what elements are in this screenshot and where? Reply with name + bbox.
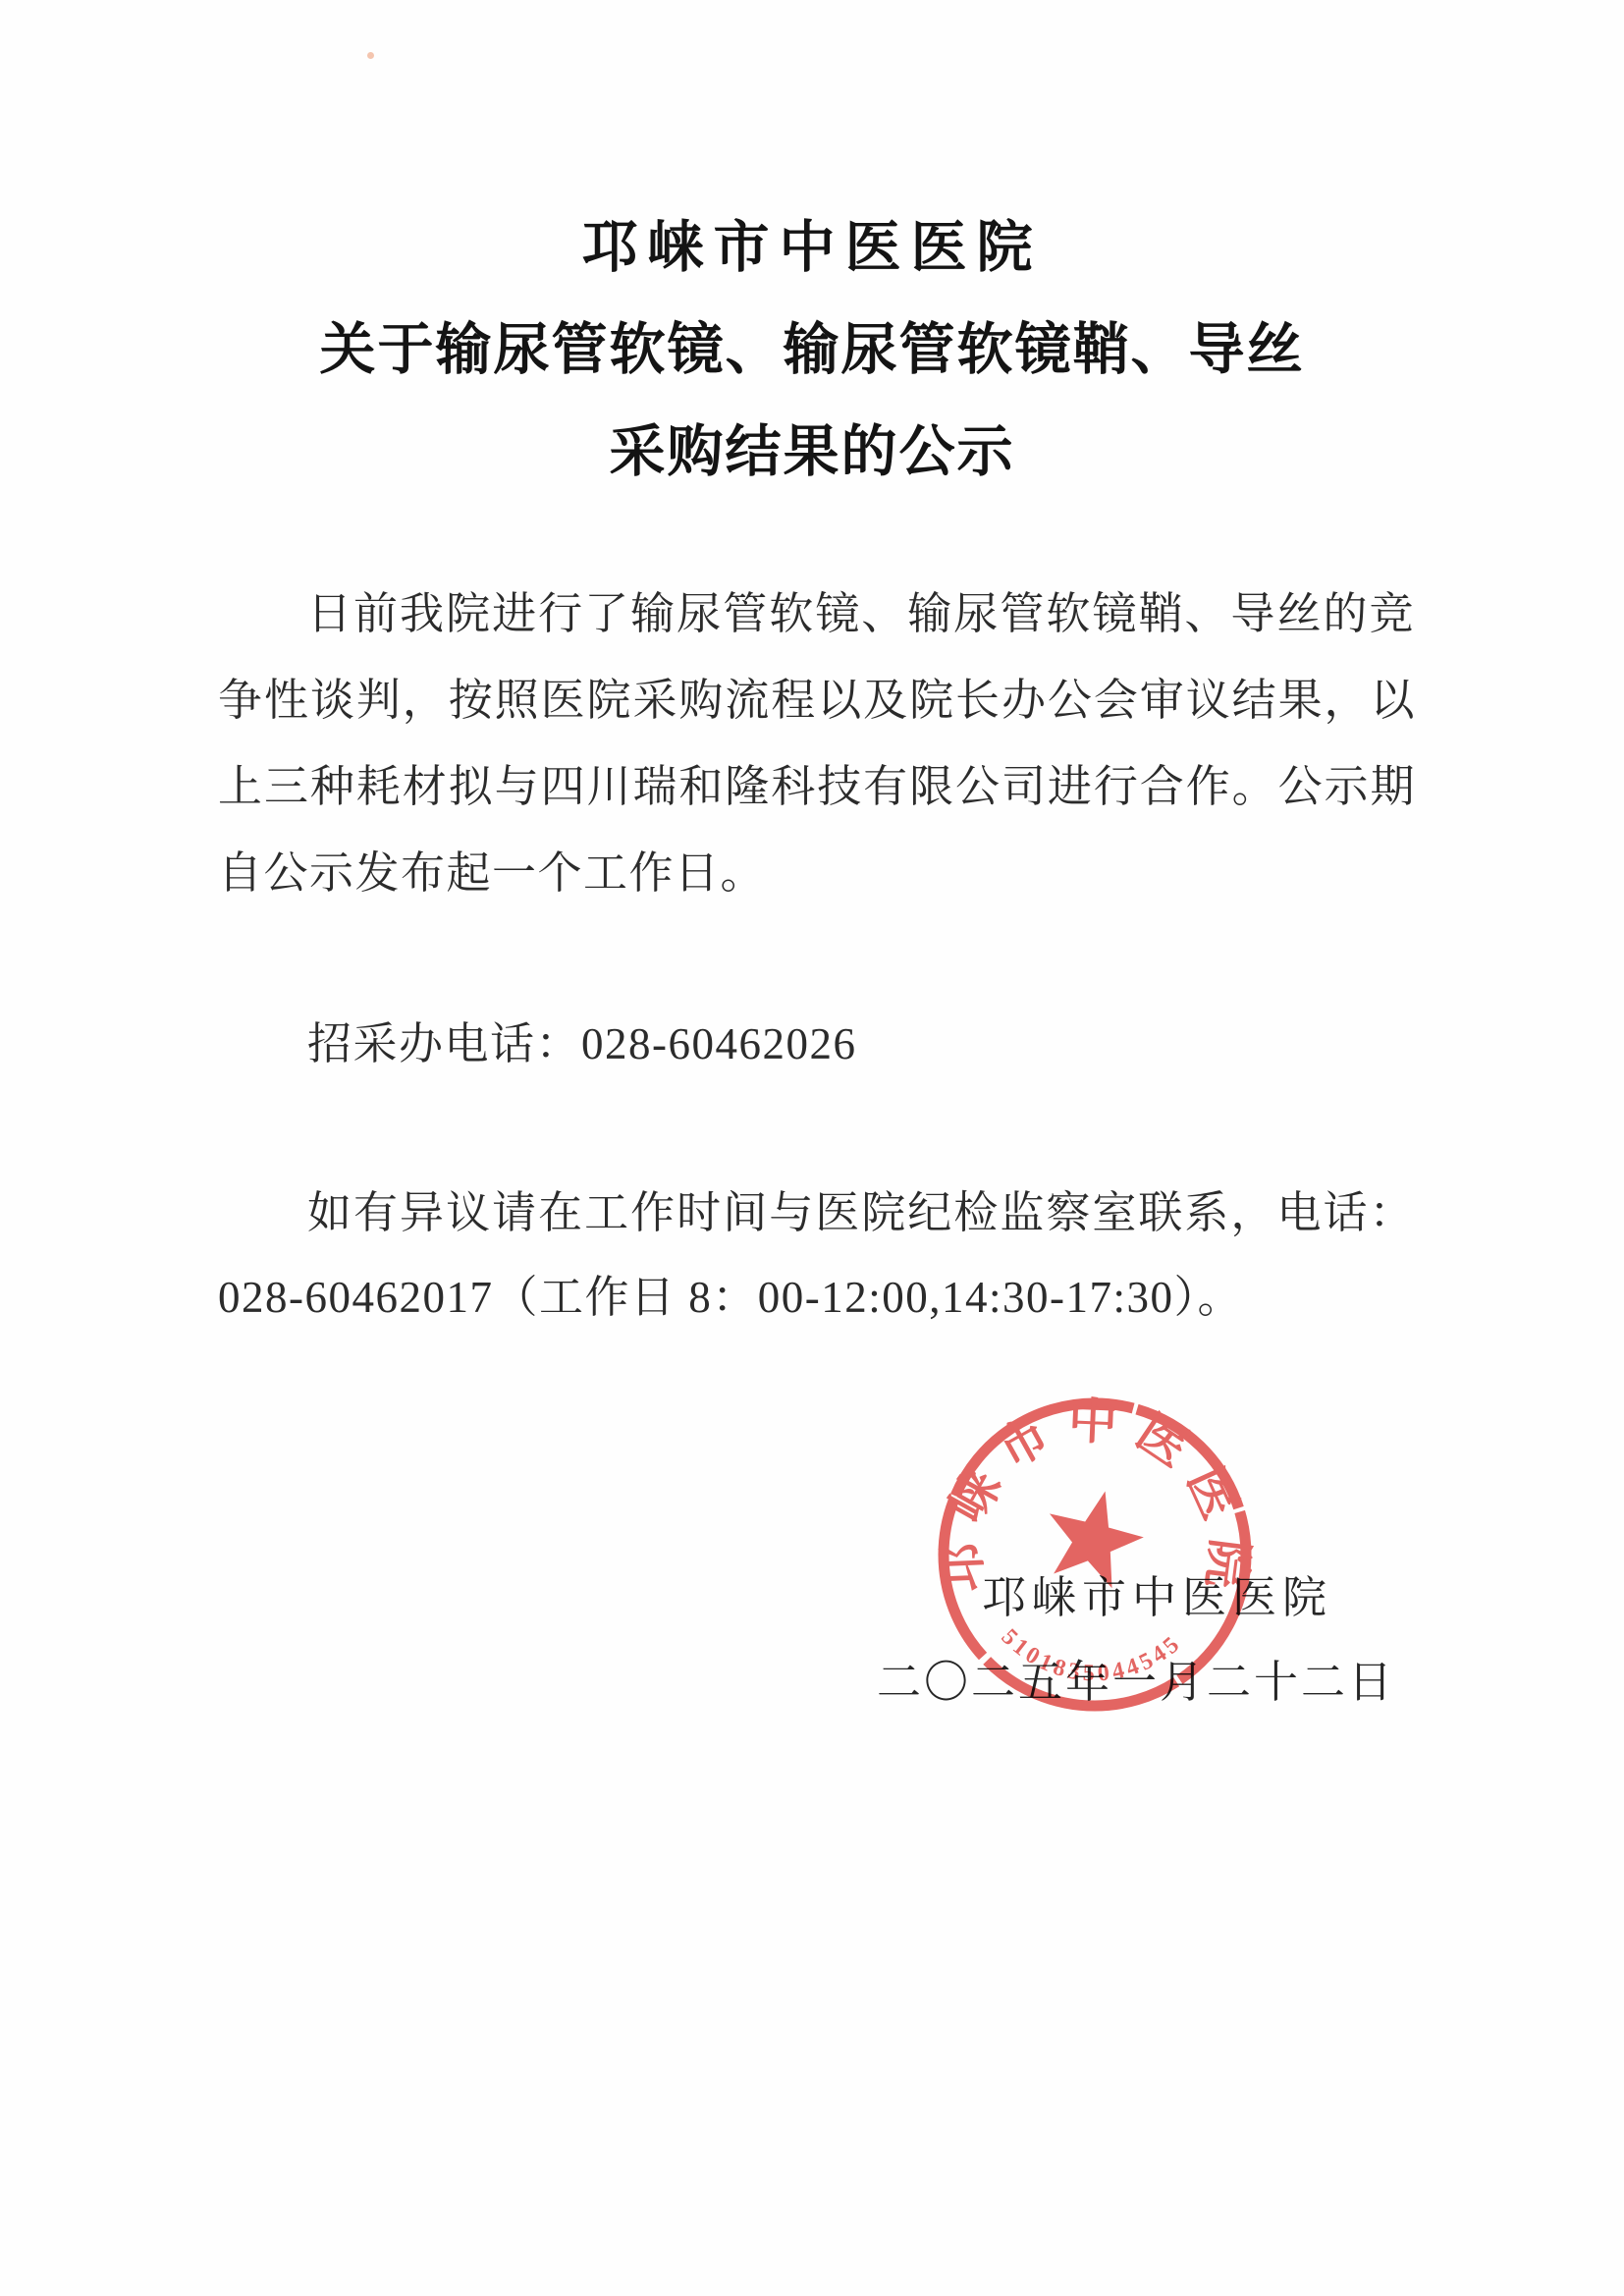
document-page: 邛崃市中医医院 关于输尿管软镜、输尿管软镜鞘、导丝 采购结果的公示 日前我院进行… [0,0,1624,2296]
paragraph1-line-2: 争性谈判，按照医院采购流程以及院长办公会审议结果，以 [218,674,1416,727]
paragraph1-line-3: 上三种耗材拟与四川瑞和隆科技有限公司进行合作。公示期 [218,760,1416,813]
procurement-office-phone-line: 招采办电话：028-60462026 [307,1017,857,1070]
doc-title-line-3: 采购结果的公示 [0,418,1624,487]
paragraph1-line-1: 日前我院进行了输尿管软镜、输尿管软镜鞘、导丝的竞 [307,587,1415,640]
doc-title-line-2: 关于输尿管软镜、输尿管软镜鞘、导丝 [0,316,1624,385]
scan-speck [367,52,374,59]
official-red-seal: 邛崃市中医医院 5101835044545 [928,1388,1262,1722]
seal-star-icon [1036,1480,1153,1593]
paragraph1-line-4: 自公示发布起一个工作日。 [218,847,766,900]
seal-serial-number: 5101835044545 [997,1624,1187,1687]
doc-title-line-1: 邛崃市中医医院 [0,214,1624,283]
seal-arc-text: 邛崃市中医医院 [934,1394,1258,1607]
paragraph2-line-2: 028-60462017（工作日 8：00-12:00,14:30-17:30）… [218,1271,1243,1324]
paragraph2-line-1: 如有异议请在工作时间与医院纪检监察室联系，电话： [307,1186,1415,1239]
